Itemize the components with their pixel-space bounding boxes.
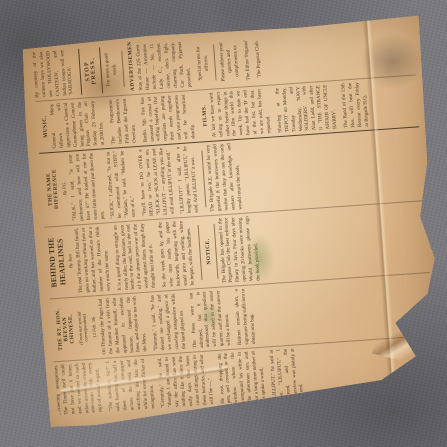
article-paragraph: Radio. Sgt. Fox has amassed a crowd of w… [140, 94, 198, 143]
centered-note: The Pegasus Club [254, 36, 264, 82]
section-heading: THE RT. HON. BEEVAN CHINESE. [55, 301, 77, 358]
article-paragraph: The real Tommy, Bill has found, goes on … [75, 226, 114, 293]
article-paragraph: "Dammit," I said, "he has denied me noth… [151, 293, 189, 351]
column-rule [122, 51, 125, 87]
centered-note: For news a good week. [103, 46, 120, 93]
column-rule [214, 44, 217, 80]
article-paragraph: "The subaltern, Sir?" I said, handing hi… [106, 358, 158, 412]
article-paragraph: The Brigade has opened in the Pegasus Cl… [218, 215, 264, 283]
article-paragraph: "LILLIPUT?" I said, after a lengthy paus… [177, 145, 202, 213]
article-paragraph: General. Many fellows will appreciate a … [50, 100, 108, 149]
section-heading: FILMS. [200, 93, 209, 138]
article-paragraph: "TALK," I said, "is your preference, and… [68, 152, 107, 221]
section-heading: MUSIC. [41, 104, 50, 149]
section-heading: ADVERTISEMENT [127, 45, 136, 91]
article-paragraph: The Band of the 13th Hus. will beat the … [341, 82, 372, 129]
article-paragraph: The Brigade R.E. would be very grateful … [206, 142, 245, 211]
newspaper-clipping: ...crawling antagonism. The Times itself… [20, 15, 447, 428]
article-headline: BEHIND THE HEADLINES [47, 229, 69, 295]
article-paragraph: Stay at the 225 Guest House — Amenities … [136, 41, 194, 91]
column-rule [197, 225, 202, 280]
article-paragraph: It is a good thing to struggle on nearly… [113, 223, 159, 291]
column-rule [202, 150, 207, 207]
centered-note: Please address your queries and complime… [218, 38, 242, 85]
byline: By P.G. [59, 155, 69, 222]
article-paragraph: "Certainly," he said, "though I am bound… [158, 354, 217, 408]
article-paragraph: At last we have word telling us to expec… [209, 88, 274, 137]
article-paragraph: ...crawling antagonism. The Times itself… [54, 362, 106, 416]
centered-note: The Editor 'Pegasus' [243, 37, 253, 83]
article-paragraph: So the week goes by, and the wise man re… [158, 220, 197, 287]
column-rule [213, 223, 218, 278]
byline: 12 Feb. '46 [90, 299, 99, 355]
article-paragraph: "You'll have to DO OVER a HEAD or two," … [138, 147, 177, 216]
section-heading: THE NAME DIFFERENCE [44, 155, 61, 223]
article-paragraph: He rose, dropping the pen, and crossed t… [217, 350, 269, 404]
article-paragraph: By courtesy of the canteen boys we also … [32, 49, 76, 98]
article-paragraph: The Programme includes Beethoven's Fifth… [109, 98, 140, 145]
article-paragraph: The Press were not admitted, but it is u… [189, 290, 234, 349]
article-paragraph: On Thursday the Pages had the honour of … [99, 296, 151, 355]
boxed-heading: STOP PRESS. [78, 47, 103, 94]
photo-background: ...crawling antagonism. The Times itself… [0, 0, 447, 447]
article-paragraph: "SLICK," I affirmed, "is not to be menti… [107, 150, 139, 219]
byline: (From our special correspondent) [76, 300, 90, 356]
article-paragraph: Rations remain short, a signature being … [234, 288, 259, 345]
article-paragraph: "LILLIPUT," he said at last. "LILLIPUT,"… [269, 348, 307, 401]
centered-note: Special terms for officers. [195, 40, 212, 87]
newspaper-page: ...crawling antagonism. The Times itself… [19, 15, 446, 428]
section-heading: NOTICE. [203, 219, 214, 284]
article-paragraph: Showing at the 'DEPOT' on Monday, Tuesda… [275, 84, 340, 133]
